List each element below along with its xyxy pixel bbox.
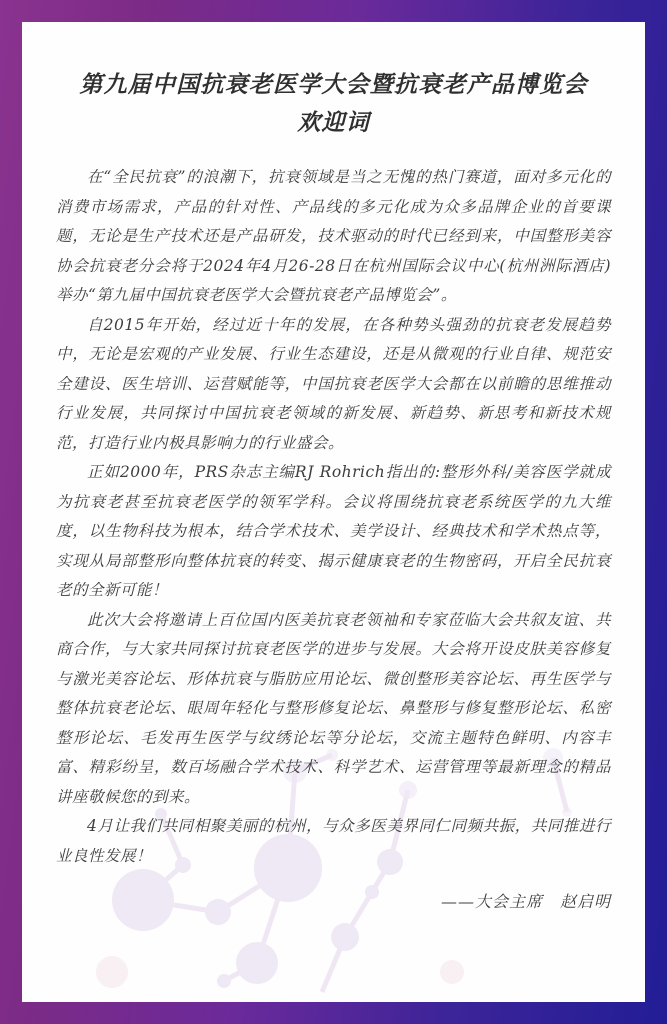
paragraph: 正如2000年，PRS杂志主编RJ Rohrich指出的:整形外科/美容医学就成…	[56, 458, 611, 606]
document-page: 第九届中国抗衰老医学大会暨抗衰老产品博览会 欢迎词 在“全民抗衰”的浪潮下，抗衰…	[22, 22, 645, 1002]
paragraph: 此次大会将邀请上百位国内医美抗衰老领袖和专家莅临大会共叙友谊、共商合作，与大家共…	[56, 606, 611, 813]
title-line-1: 第九届中国抗衰老医学大会暨抗衰老产品博览会	[56, 66, 611, 104]
page-title: 第九届中国抗衰老医学大会暨抗衰老产品博览会 欢迎词	[56, 66, 611, 142]
title-line-2: 欢迎词	[56, 104, 611, 142]
paragraph: 在“全民抗衰”的浪潮下，抗衰领域是当之无愧的热门赛道，面对多元化的消费市场需求，…	[56, 163, 611, 311]
letter-content: 第九届中国抗衰老医学大会暨抗衰老产品博览会 欢迎词 在“全民抗衰”的浪潮下，抗衰…	[56, 66, 611, 917]
gradient-border-frame: 第九届中国抗衰老医学大会暨抗衰老产品博览会 欢迎词 在“全民抗衰”的浪潮下，抗衰…	[0, 0, 667, 1024]
paragraph: 自2015年开始，经过近十年的发展，在各种势头强劲的抗衰老发展趋势中，无论是宏观…	[56, 311, 611, 459]
signature-line: ——大会主席 赵启明	[56, 887, 611, 917]
letter-body: 在“全民抗衰”的浪潮下，抗衰领域是当之无愧的热门赛道，面对多元化的消费市场需求，…	[56, 163, 611, 871]
paragraph: 4月让我们共同相聚美丽的杭州，与众多医美界同仁同频共振，共同推进行业良性发展！	[56, 812, 611, 871]
